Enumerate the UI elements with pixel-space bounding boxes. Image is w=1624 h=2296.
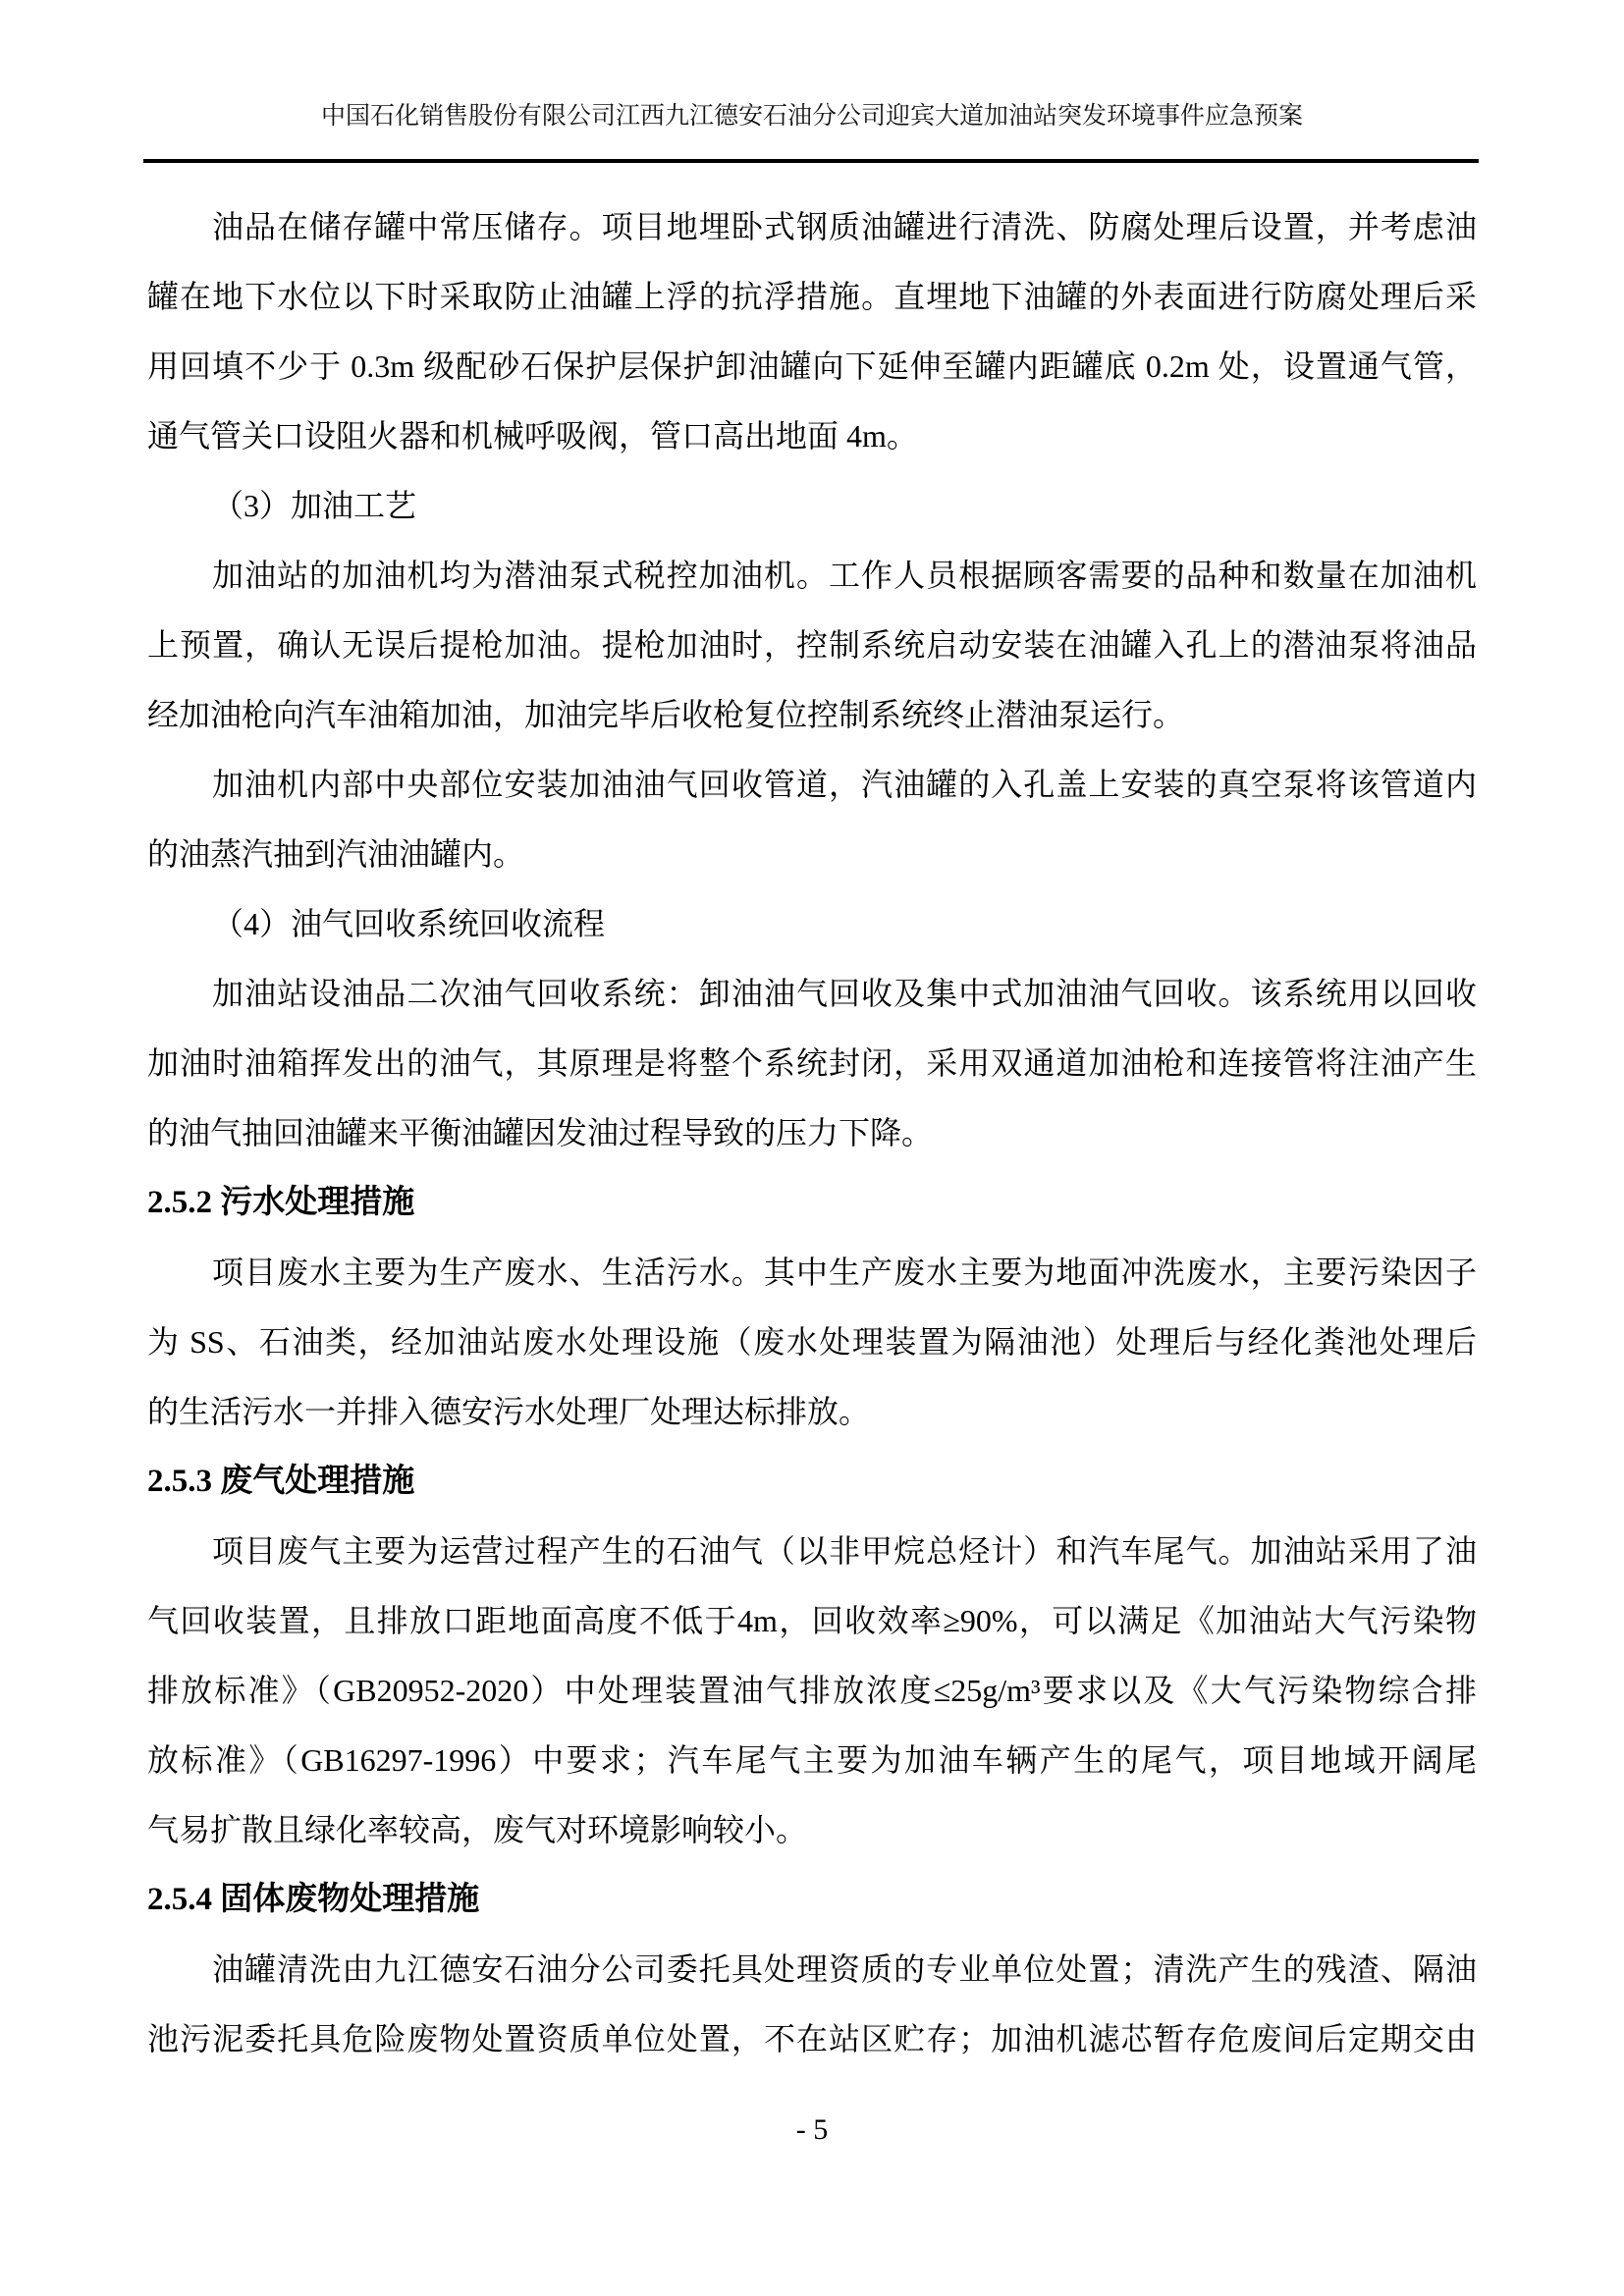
- text-line: 排放标准》（GB20952-2020）中处理装置油气排放浓度≤25g/m³要求以…: [147, 1656, 1477, 1726]
- text-line: 加油机内部中央部位安装加油油气回收管道，汽油罐的入孔盖上安装的真空泵将该管道内: [147, 750, 1477, 820]
- header-divider: [143, 159, 1479, 163]
- text-line: 气回收装置，且排放口距地面高度不低于4m，回收效率≥90%，可以满足《加油站大气…: [147, 1586, 1477, 1656]
- document-page: 中国石化销售股份有限公司江西九江德安石油分公司迎宾大道加油站突发环境事件应急预案…: [0, 0, 1624, 2296]
- text-line: 用回填不少于 0.3m 级配砂石保护层保护卸油罐向下延伸至罐内距罐底 0.2m …: [147, 332, 1477, 401]
- text-line: 项目废水主要为生产废水、生活污水。其中生产废水主要为地面冲洗废水，主要污染因子: [147, 1238, 1477, 1308]
- text-line: 通气管关口设阻火器和机械呼吸阀，管口高出地面 4m。: [147, 401, 1477, 471]
- text-line: 油罐清洗由九江德安石油分公司委托具处理资质的专业单位处置；清洗产生的残渣、隔油: [147, 1935, 1477, 2004]
- text-line: 的油气抽回油罐来平衡油罐因发油过程导致的压力下降。: [147, 1098, 1477, 1168]
- page-footer: - 5: [0, 2109, 1624, 2152]
- page-number: - 5: [796, 2113, 829, 2146]
- text-line: 为 SS、石油类，经加油站废水处理设施（废水处理装置为隔油池）处理后与经化粪池处…: [147, 1308, 1477, 1377]
- section-heading: 2.5.4 固体废物处理措施: [147, 1865, 1477, 1935]
- page-header-title: 中国石化销售股份有限公司江西九江德安石油分公司迎宾大道加油站突发环境事件应急预案: [0, 102, 1624, 132]
- text-line: 油品在储存罐中常压储存。项目地埋卧式钢质油罐进行清洗、防腐处理后设置，并考虑油: [147, 192, 1477, 262]
- section-heading: 2.5.2 污水处理措施: [147, 1168, 1477, 1238]
- document-body: 油品在储存罐中常压储存。项目地埋卧式钢质油罐进行清洗、防腐处理后设置，并考虑油罐…: [147, 192, 1477, 2074]
- text-line: 气易扩散且绿化率较高，废气对环境影响较小。: [147, 1795, 1477, 1865]
- text-line: 加油时油箱挥发出的油气，其原理是将整个系统封闭，采用双通道加油枪和连接管将注油产…: [147, 1029, 1477, 1098]
- text-line: 加油站的加油机均为潜油泵式税控加油机。工作人员根据顾客需要的品种和数量在加油机: [147, 541, 1477, 611]
- text-line: 放标准》（GB16297-1996）中要求；汽车尾气主要为加油车辆产生的尾气，项…: [147, 1726, 1477, 1795]
- text-line: （3）加油工艺: [147, 471, 1477, 541]
- text-line: 的油蒸汽抽到汽油油罐内。: [147, 820, 1477, 889]
- text-line: （4）油气回收系统回收流程: [147, 889, 1477, 959]
- text-line: 经加油枪向汽车油箱加油，加油完毕后收枪复位控制系统终止潜油泵运行。: [147, 680, 1477, 750]
- section-heading: 2.5.3 废气处理措施: [147, 1447, 1477, 1517]
- text-line: 池污泥委托具危险废物处置资质单位处置，不在站区贮存；加油机滤芯暂存危废间后定期交…: [147, 2004, 1477, 2074]
- text-line: 罐在地下水位以下时采取防止油罐上浮的抗浮措施。直埋地下油罐的外表面进行防腐处理后…: [147, 262, 1477, 332]
- text-line: 项目废气主要为运营过程产生的石油气（以非甲烷总烃计）和汽车尾气。加油站采用了油: [147, 1517, 1477, 1586]
- text-line: 加油站设油品二次油气回收系统：卸油油气回收及集中式加油油气回收。该系统用以回收: [147, 959, 1477, 1029]
- text-line: 的生活污水一并排入德安污水处理厂处理达标排放。: [147, 1377, 1477, 1447]
- text-line: 上预置，确认无误后提枪加油。提枪加油时，控制系统启动安装在油罐入孔上的潜油泵将油…: [147, 611, 1477, 680]
